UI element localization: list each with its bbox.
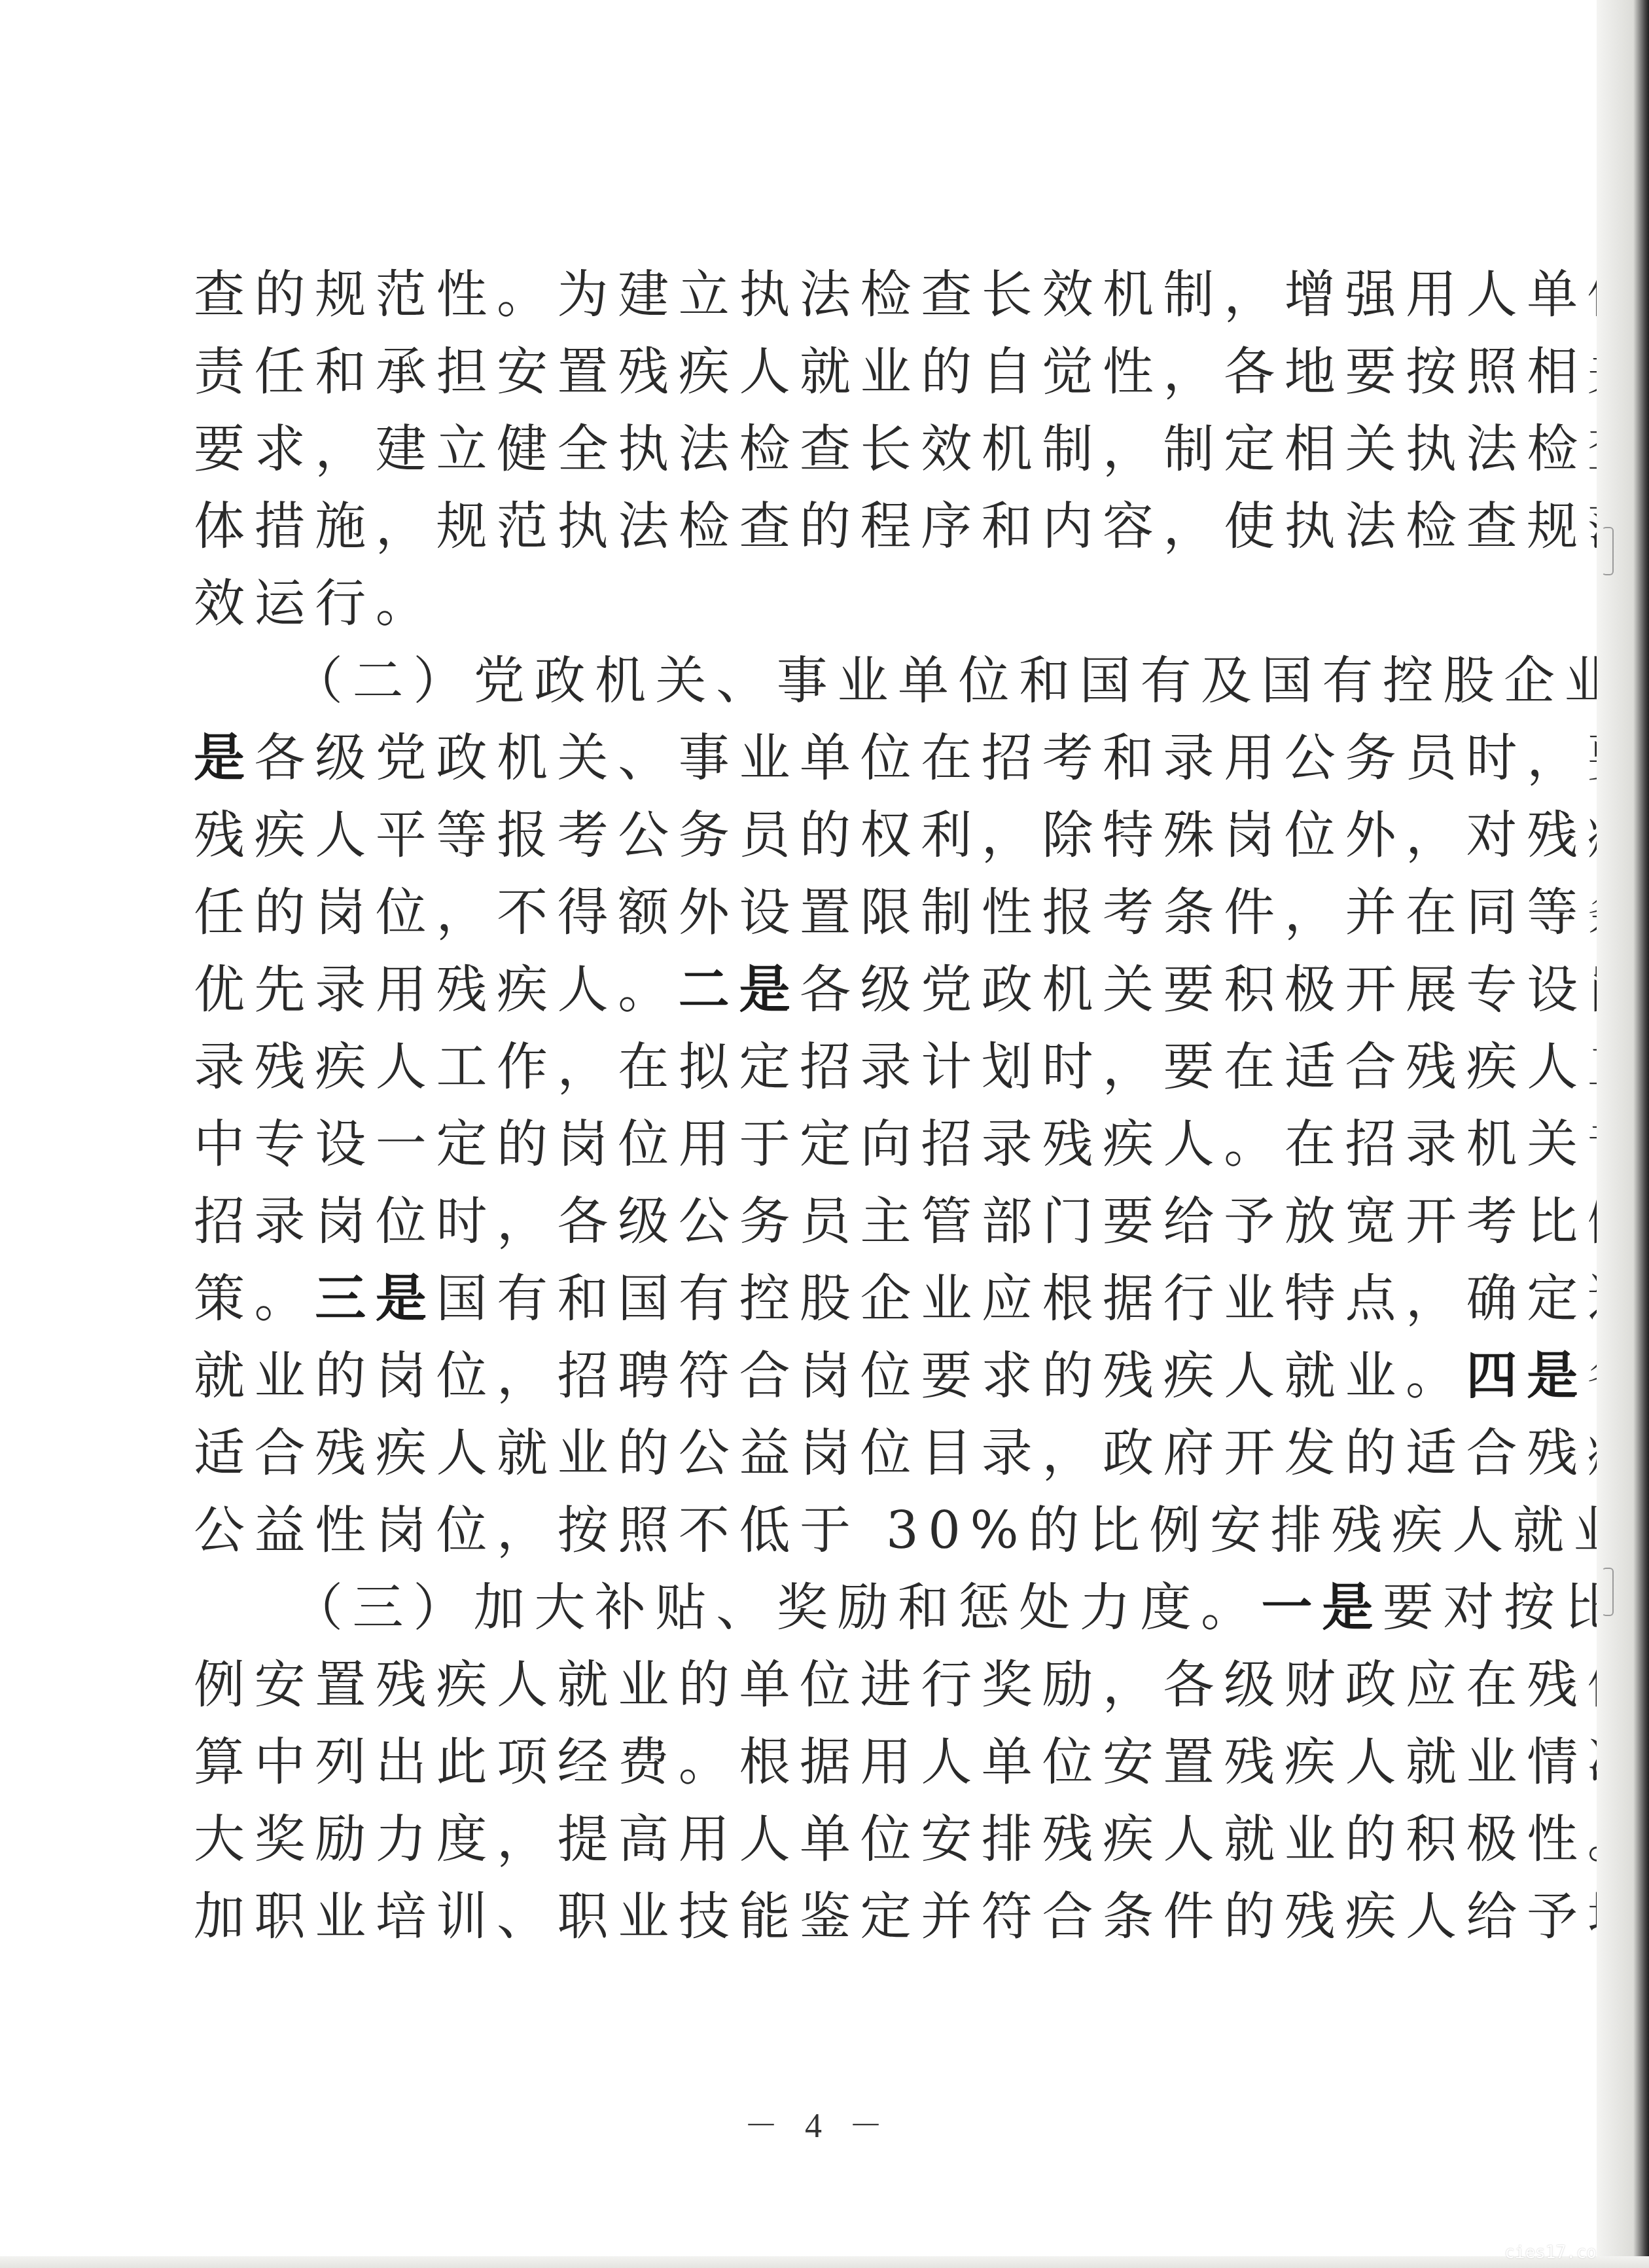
text-segment: 各级党政机关、事业单位在招考和录用公务员时，要切实维护 <box>255 729 1649 788</box>
emphasis-marker: 一是 <box>1262 1578 1383 1638</box>
text-segment: 国有和国有控股企业应根据行业特点，确定适合残疾人 <box>436 1270 1649 1329</box>
text-line: 加职业培训、职业技能鉴定并符合条件的残疾人给予培训补贴， <box>194 1879 1421 1956</box>
page-number: － 4 － <box>687 2098 949 2147</box>
text-segment: 各级党政机关要积极开展专设岗位定向招 <box>800 961 1649 1020</box>
text-segment: 公益性岗位，按照不低于 30%的比例安排残疾人就业。 <box>194 1502 1649 1560</box>
paragraph-heading-line: （二）党政机关、事业单位和国有及国有控股企业带头。一 <box>194 643 1421 720</box>
text-segment: （二）党政机关、事业单位和国有及国有控股企业带头。 <box>292 652 1649 711</box>
text-segment: 效运行。 <box>194 575 436 634</box>
text-segment: 要求，建立健全执法检查长效机制，制定相关执法检查方案和具 <box>194 420 1649 479</box>
text-line: 策。三是国有和国有控股企业应根据行业特点，确定适合残疾人 <box>194 1261 1421 1338</box>
text-segment: 残疾人平等报考公务员的权利，除特殊岗位外，对残疾人能够胜 <box>194 806 1649 865</box>
emphasis-marker: 三是 <box>315 1269 436 1329</box>
text-line: 算中列出此项经费。根据用人单位安置残疾人就业情况，逐年加 <box>194 1724 1421 1801</box>
text-line: 查的规范性。为建立执法检查长效机制，增强用人单位履行法律 <box>194 257 1421 334</box>
text-line: 责任和承担安置残疾人就业的自觉性，各地要按照相关法规政策 <box>194 334 1421 411</box>
text-line: 大奖励力度，提高用人单位安排残疾人就业的积极性。二是对参 <box>194 1801 1421 1879</box>
text-line: 体措施，规范执法检查的程序和内容，使执法检查规范操作，有 <box>194 488 1421 566</box>
text-line: 优先录用残疾人。二是各级党政机关要积极开展专设岗位定向招 <box>194 952 1421 1029</box>
text-line: 适合残疾人就业的公益岗位目录，政府开发的适合残疾人就业的 <box>194 1415 1421 1492</box>
watermark: cies17.co <box>1504 2243 1597 2263</box>
document-body: 查的规范性。为建立执法检查长效机制，增强用人单位履行法律责任和承担安置残疾人就业… <box>194 257 1421 1956</box>
text-segment: 加职业培训、职业技能鉴定并符合条件的残疾人给予培训补贴， <box>194 1888 1649 1947</box>
paragraph-heading-line: （三）加大补贴、奖励和惩处力度。一是要对按比例和超比 <box>194 1570 1421 1647</box>
text-line: 要求，建立健全执法检查长效机制，制定相关执法检查方案和具 <box>194 411 1421 488</box>
emphasis-marker: 是 <box>194 729 255 788</box>
text-segment: 体措施，规范执法检查的程序和内容，使执法检查规范操作，有 <box>194 497 1649 556</box>
text-segment: 录残疾人工作，在拟定招录计划时，要在适合残疾人工作的岗位 <box>194 1038 1649 1097</box>
binding-clip-icon <box>1602 527 1614 575</box>
text-segment: 策。 <box>194 1270 315 1329</box>
binding-clip-icon <box>1602 1568 1614 1616</box>
text-segment: 算中列出此项经费。根据用人单位安置残疾人就业情况，逐年加 <box>194 1733 1649 1792</box>
text-line: 中专设一定的岗位用于定向招录残疾人。在招录机关专设残疾人 <box>194 1106 1421 1183</box>
text-segment: 查的规范性。为建立执法检查长效机制，增强用人单位履行法律 <box>194 266 1649 325</box>
text-segment: （三）加大补贴、奖励和惩处力度。 <box>292 1579 1262 1638</box>
text-segment: 任的岗位，不得额外设置限制性报考条件，并在同等条件下鼓励 <box>194 884 1649 943</box>
text-line: 是各级党政机关、事业单位在招考和录用公务员时，要切实维护 <box>194 720 1421 797</box>
emphasis-marker: 四是 <box>1466 1346 1587 1406</box>
text-line: 残疾人平等报考公务员的权利，除特殊岗位外，对残疾人能够胜 <box>194 797 1421 874</box>
text-segment: 就业的岗位，招聘符合岗位要求的残疾人就业。 <box>194 1347 1466 1406</box>
text-segment: 例安置残疾人就业的单位进行奖励，各级财政应在残保金使用预 <box>194 1656 1649 1715</box>
text-line: 任的岗位，不得额外设置限制性报考条件，并在同等条件下鼓励 <box>194 874 1421 952</box>
text-segment: 责任和承担安置残疾人就业的自觉性，各地要按照相关法规政策 <box>194 343 1649 402</box>
text-segment: 优先录用残疾人。 <box>194 961 679 1020</box>
text-segment: 招录岗位时，各级公务员主管部门要给予放宽开考比例等倾斜政 <box>194 1193 1649 1251</box>
text-segment: 中专设一定的岗位用于定向招录残疾人。在招录机关专设残疾人 <box>194 1115 1649 1174</box>
scanner-bottom-edge <box>0 2256 1649 2268</box>
text-line: 招录岗位时，各级公务员主管部门要给予放宽开考比例等倾斜政 <box>194 1183 1421 1261</box>
text-segment: 大奖励力度，提高用人单位安排残疾人就业的积极性。 <box>194 1810 1648 1869</box>
text-line: 例安置残疾人就业的单位进行奖励，各级财政应在残保金使用预 <box>194 1647 1421 1724</box>
document-page: 查的规范性。为建立执法检查长效机制，增强用人单位履行法律责任和承担安置残疾人就业… <box>0 0 1610 2268</box>
text-line: 效运行。 <box>194 566 1421 643</box>
text-line: 就业的岗位，招聘符合岗位要求的残疾人就业。四是各地要建立 <box>194 1338 1421 1415</box>
text-line: 录残疾人工作，在拟定招录计划时，要在适合残疾人工作的岗位 <box>194 1029 1421 1106</box>
emphasis-marker: 二是 <box>679 960 800 1020</box>
text-line: 公益性岗位，按照不低于 30%的比例安排残疾人就业。 <box>194 1492 1421 1570</box>
scanner-page-edge <box>1597 0 1649 2268</box>
text-segment: 适合残疾人就业的公益岗位目录，政府开发的适合残疾人就业的 <box>194 1424 1649 1483</box>
